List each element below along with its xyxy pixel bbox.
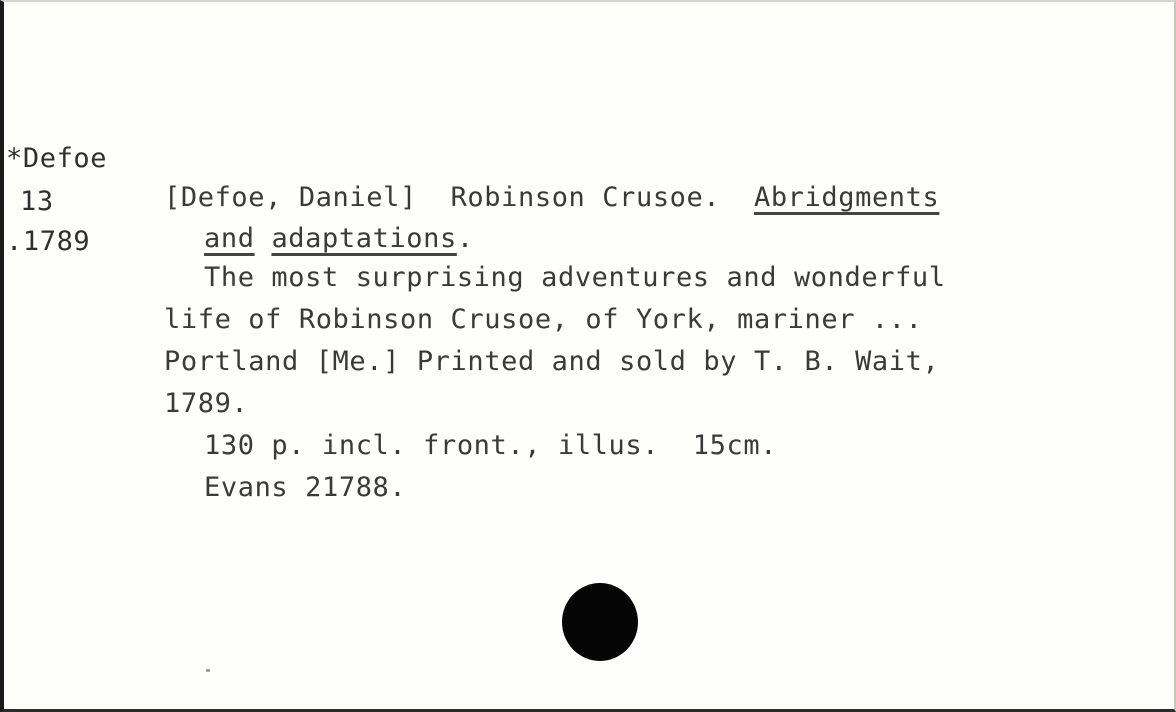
call-number-line-1: *Defoe [6,145,107,172]
subject-period: . [457,223,474,254]
call-number-line-2: 13 [20,188,54,215]
imprint-line-2: 1789. [164,390,248,417]
punch-hole [562,583,638,661]
title-line-1: The most surprising adventures and wonde… [204,264,946,291]
call-number-line-3: .1789 [6,228,90,255]
heading-line: [Defoe, Daniel] Robinson Crusoe. Abridgm… [164,184,939,211]
catalog-card: *Defoe 13 .1789 [Defoe, Daniel] Robinson… [0,0,1176,712]
collation-line: 130 p. incl. front., illus. 15cm. [204,432,777,459]
subject-and: and [204,223,255,254]
subject-adaptations: adaptations [271,223,456,254]
uniform-title: Robinson Crusoe. [451,182,721,213]
reference-line: Evans 21788. [204,474,406,501]
heading-line-2: and adaptations. [204,225,474,252]
paper-speck [206,669,210,672]
subject-abridgments: Abridgments [754,182,939,213]
imprint-line-1: Portland [Me.] Printed and sold by T. B.… [164,348,939,375]
author-heading: [Defoe, Daniel] [164,182,417,213]
title-line-2: life of Robinson Crusoe, of York, marine… [164,306,923,333]
